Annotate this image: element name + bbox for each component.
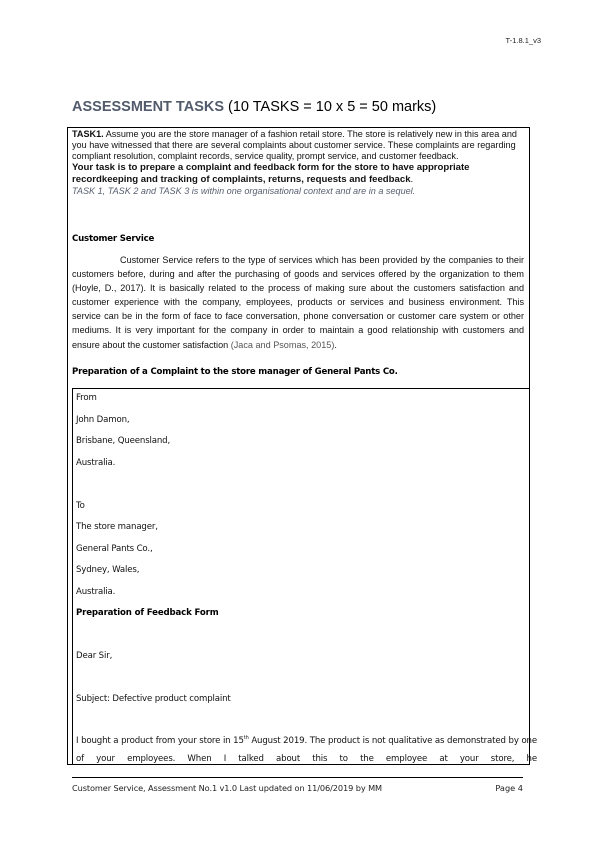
heading-strong: ASSESSMENT TASKS <box>72 99 224 115</box>
task-description: TASK1. Assume you are the store manager … <box>72 129 524 197</box>
task-intro: Assume you are the store manager of a fa… <box>72 129 517 161</box>
from-line: John Damon, <box>76 415 129 425</box>
task-box: TASK1. Assume you are the store manager … <box>67 127 530 765</box>
to-label: To <box>76 501 85 511</box>
to-line: Sydney, Wales, <box>76 565 139 575</box>
cs-paragraph-end: . <box>334 340 337 350</box>
to-line: Australia. <box>76 587 115 597</box>
heading-marks: (10 TASKS = 10 x 5 = 50 marks) <box>224 99 436 115</box>
from-label: From <box>76 393 97 403</box>
letter-body-start: I bought a product from your store in 15 <box>76 736 244 746</box>
document-code: T-1.8.1_v3 <box>506 36 541 45</box>
feedback-form-heading: Preparation of Feedback Form <box>76 608 219 618</box>
task-instruction-end: . <box>411 174 414 185</box>
customer-service-title: Customer Service <box>72 234 154 244</box>
footer-text: Customer Service, Assessment No.1 v1.0 L… <box>72 783 382 793</box>
task-instruction: Your task is to prepare a complaint and … <box>72 162 524 186</box>
task-label: TASK1. <box>72 129 104 139</box>
salutation: Dear Sir, <box>76 651 112 661</box>
letter-body: I bought a product from your store in 15… <box>76 733 537 769</box>
subject-line: Subject: Defective product complaint <box>76 694 231 704</box>
footer-page-number: Page 4 <box>495 783 523 793</box>
letter-box: From John Damon, Brisbane, Queensland, A… <box>72 388 529 764</box>
to-line: General Pants Co., <box>76 544 153 554</box>
complaint-heading: Preparation of a Complaint to the store … <box>72 367 398 377</box>
customer-service-paragraph: Customer Service refers to the type of s… <box>72 253 524 352</box>
to-line: The store manager, <box>76 522 158 532</box>
task-note: TASK 1, TASK 2 and TASK 3 is within one … <box>72 186 524 197</box>
from-line: Australia. <box>76 458 115 468</box>
cs-paragraph-text: Customer Service refers to the type of s… <box>72 255 524 350</box>
from-line: Brisbane, Queensland, <box>76 436 170 446</box>
footer-rule <box>72 777 523 778</box>
page-heading: ASSESSMENT TASKS (10 TASKS = 10 x 5 = 50… <box>72 99 436 115</box>
cs-citation: (Jaca and Psomas, 2015) <box>231 340 335 350</box>
